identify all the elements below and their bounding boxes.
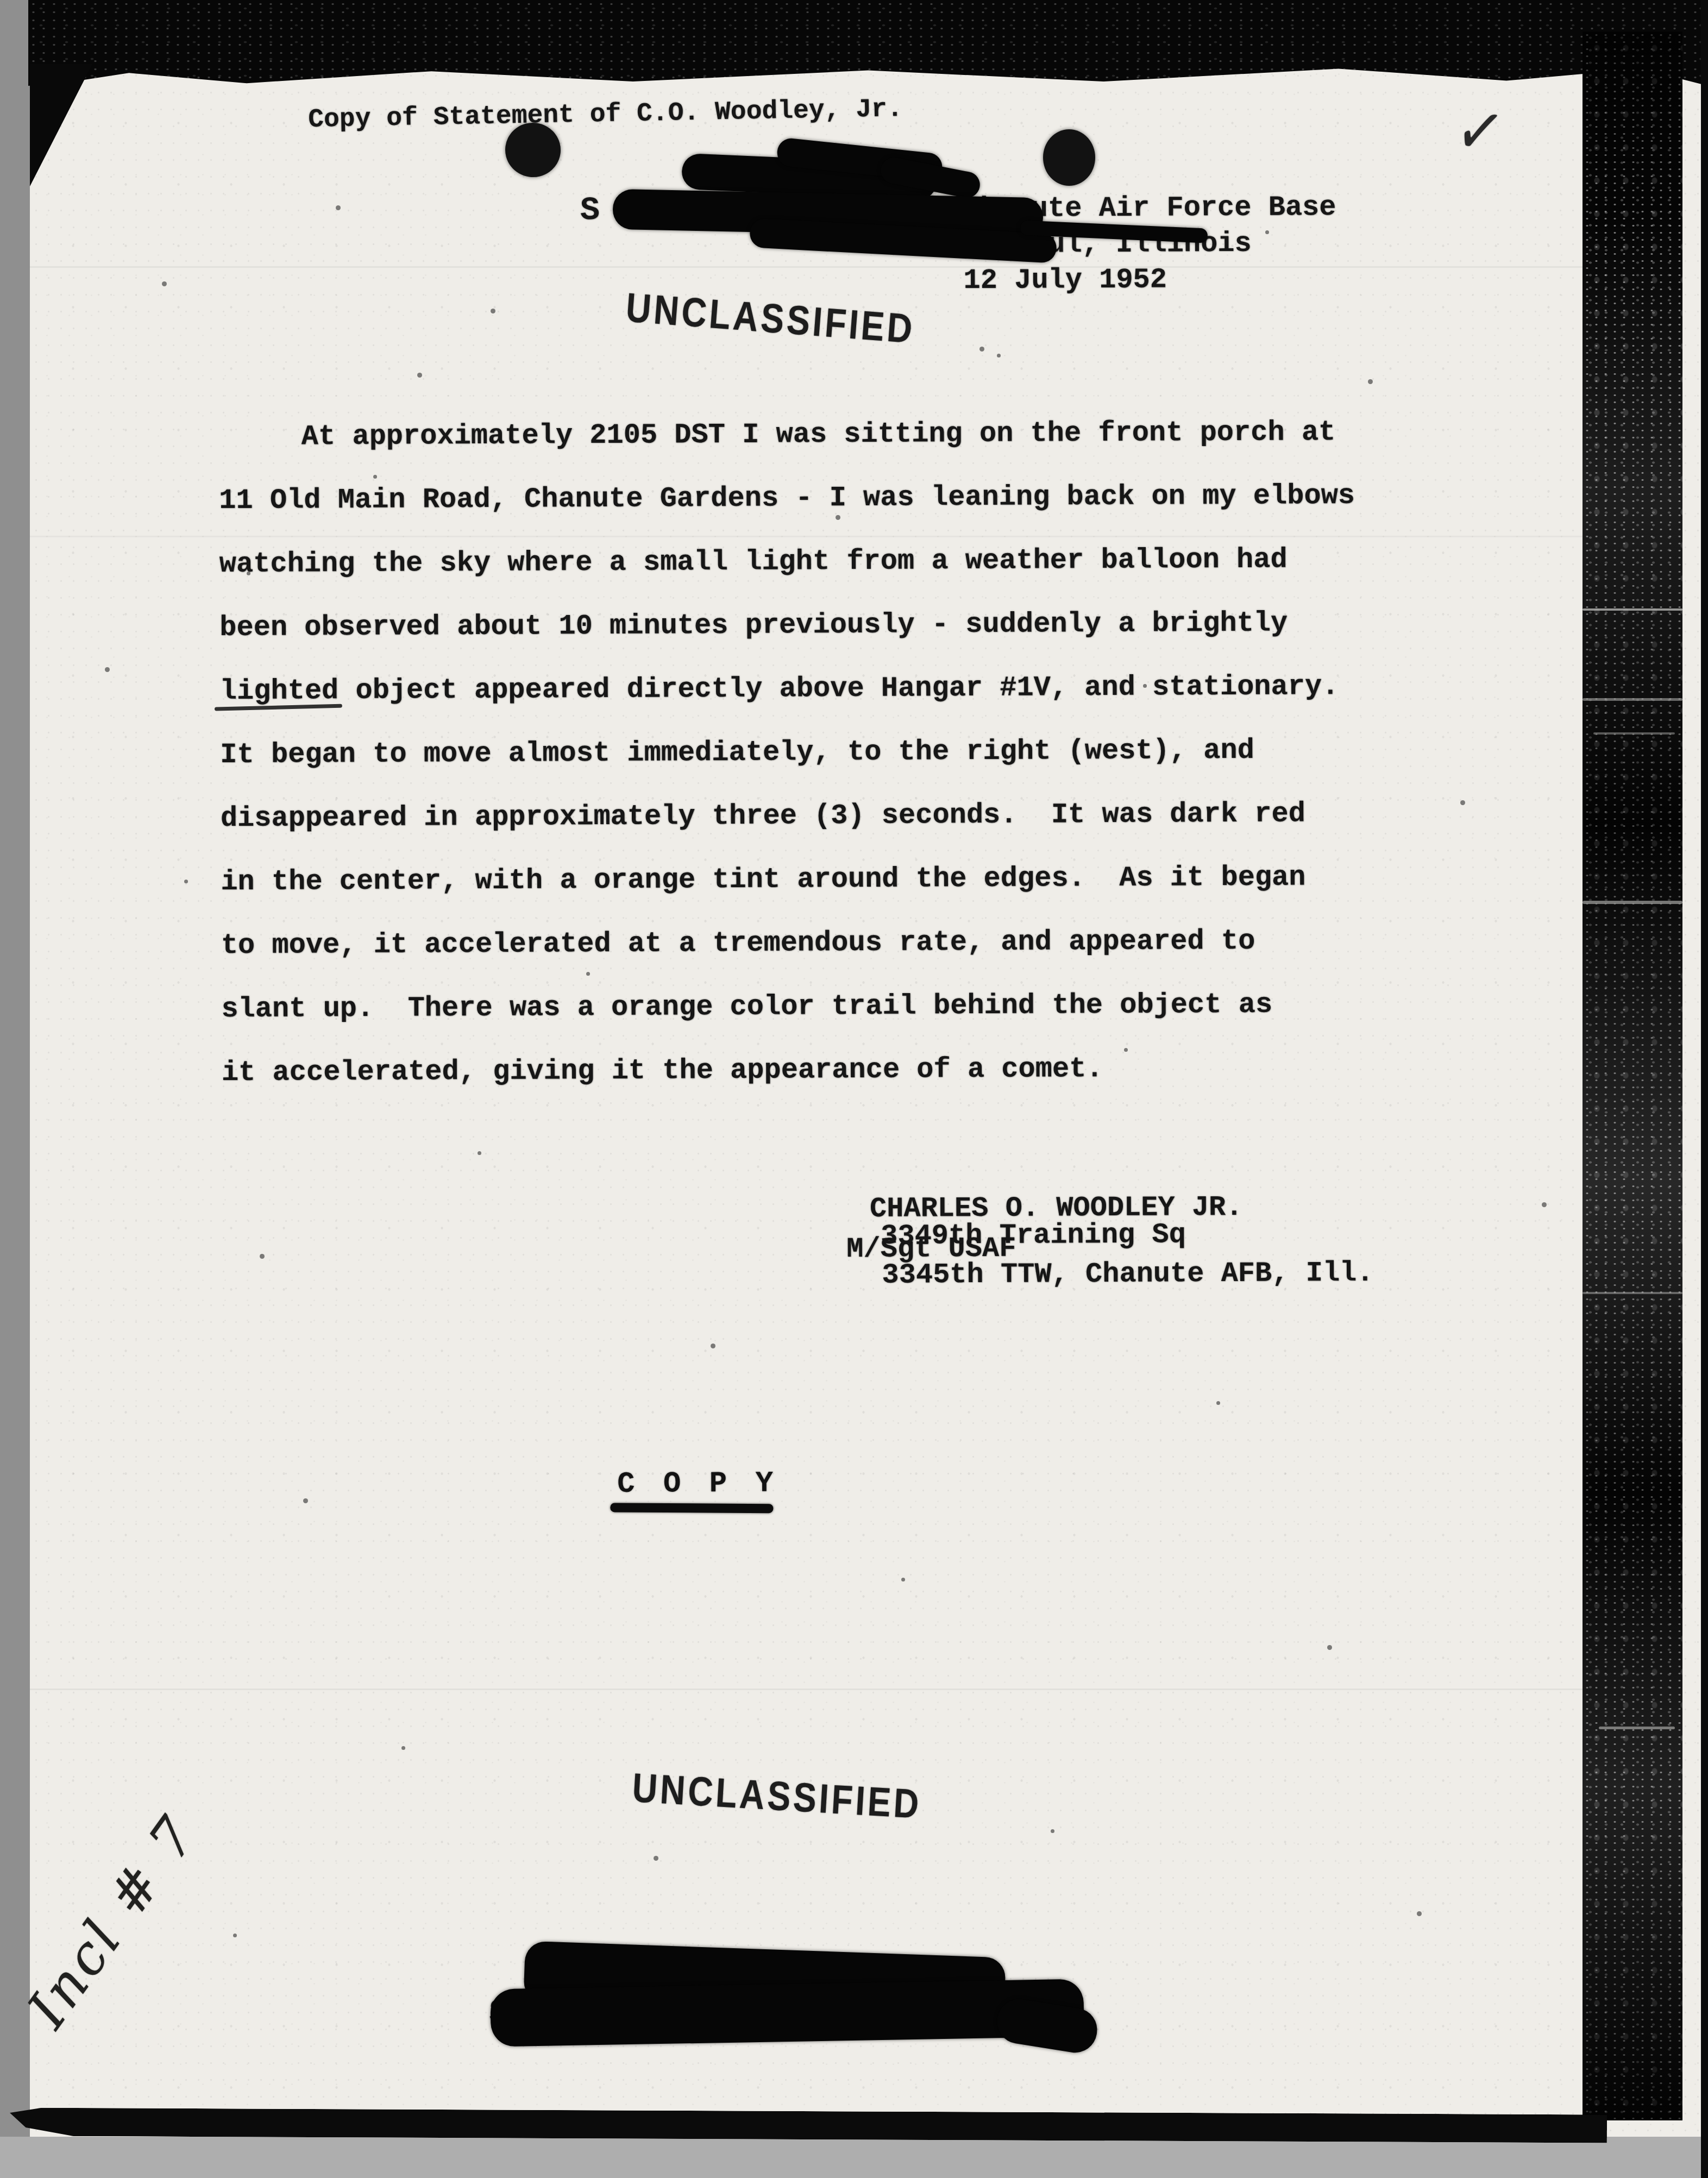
film-scratch (1583, 1292, 1682, 1294)
document-title: Copy of Statement of C.O. Woodley, Jr. (308, 95, 903, 135)
classification-prefix-letter: S (580, 192, 600, 229)
film-scratch (1583, 608, 1682, 611)
film-scratch (1583, 698, 1682, 701)
film-scratch (1583, 901, 1682, 904)
film-scratch (1599, 1727, 1675, 1729)
paper-speckles (0, 0, 3, 3)
scan-artifact-line (30, 1689, 1681, 1690)
copy-stamp-underline (610, 1503, 773, 1513)
statement-body: At approximately 2105 DST I was sitting … (219, 415, 1374, 1119)
copy-stamp: C O P Y (617, 1467, 778, 1501)
scan-border-right-band (1583, 32, 1682, 2120)
unclassified-stamp-bottom: UNCLASSIFIED (631, 1763, 923, 1828)
body-line: It began to move almost immediately, to … (220, 733, 1372, 801)
body-line: it accelerated, giving it the appearance… (222, 1051, 1373, 1119)
film-scratch (1593, 732, 1675, 735)
body-line: been observed about 10 minutes previousl… (219, 606, 1371, 674)
handwritten-checkmark: ✓ (1449, 87, 1510, 174)
body-line: in the center, with a orange tint around… (221, 860, 1372, 928)
body-line: disappeared in approximately three (3) s… (221, 796, 1372, 865)
handwritten-incl-note: Incl # 7 (15, 1803, 210, 2039)
body-line: lighted object appeared directly above H… (220, 669, 1372, 738)
signature-unit-overstrike: 3349th Training Sq (881, 1219, 1186, 1252)
body-line: At approximately 2105 DST I was sitting … (219, 415, 1371, 484)
unclassified-stamp-top: UNCLASSIFIED (624, 284, 916, 353)
scan-artifact-line (30, 536, 1681, 537)
address-line-date: 12 July 1952 (963, 263, 1167, 297)
body-line: slant up. There was a orange color trail… (221, 987, 1373, 1056)
bottom-redaction-blob (490, 1979, 1084, 2047)
scan-artifact-line (30, 266, 1681, 268)
hole-punch-mark (1043, 129, 1095, 186)
scanned-document-page: Copy of Statement of C.O. Woodley, Jr. C… (0, 0, 1708, 2178)
scan-border-right-edge (1701, 0, 1708, 2178)
body-line: watching the sky where a small light fro… (219, 542, 1371, 611)
body-line: to move, it accelerated at a tremendous … (221, 924, 1373, 992)
page-content: Copy of Statement of C.O. Woodley, Jr. C… (0, 0, 1708, 2178)
signature-wing-line: 3345th TTW, Chanute AFB, Ill. (882, 1257, 1373, 1291)
